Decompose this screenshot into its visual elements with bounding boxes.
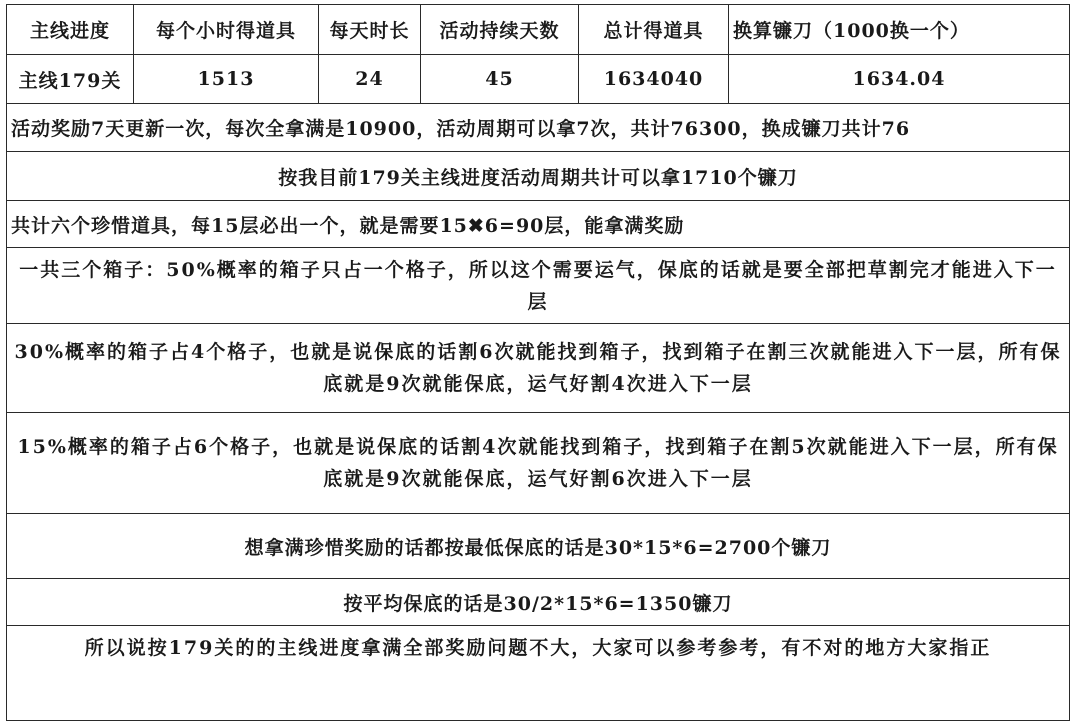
cell-progress: 主线179关 bbox=[7, 55, 134, 104]
note-row: 活动奖励7天更新一次，每次全拿满是10900，活动周期可以拿7次，共计76300… bbox=[7, 104, 1070, 152]
note-row: 一共三个箱子：50%概率的箱子只占一个格子，所以这个需要运气，保底的话就是要全部… bbox=[7, 248, 1070, 324]
header-hours-per-day: 每天时长 bbox=[319, 5, 421, 55]
calculation-table-sheet: 主线进度 每个小时得道具 每天时长 活动持续天数 总计得道具 换算镰刀（1000… bbox=[6, 4, 1069, 721]
header-progress: 主线进度 bbox=[7, 5, 134, 55]
note-average-guarantee: 按平均保底的话是30/2*15*6=1350镰刀 bbox=[7, 579, 1070, 626]
note-row: 按平均保底的话是30/2*15*6=1350镰刀 bbox=[7, 579, 1070, 626]
cell-sickle-conversion: 1634.04 bbox=[729, 55, 1070, 104]
note-weekly-reward: 活动奖励7天更新一次，每次全拿满是10900，活动周期可以拿7次，共计76300… bbox=[7, 104, 1070, 152]
note-min-guarantee: 想拿满珍惜奖励的话都按最低保底的话是30*15*6=2700个镰刀 bbox=[7, 514, 1070, 579]
note-box-50: 一共三个箱子：50%概率的箱子只占一个格子，所以这个需要运气，保底的话就是要全部… bbox=[7, 248, 1070, 324]
data-row: 主线179关 1513 24 45 1634040 1634.04 bbox=[7, 55, 1070, 104]
note-row: 共计六个珍惜道具，每15层必出一个，就是需要15✖6=90层，能拿满奖励 bbox=[7, 201, 1070, 248]
header-total-items: 总计得道具 bbox=[579, 5, 729, 55]
note-row: 30%概率的箱子占4个格子，也就是说保底的话割6次就能找到箱子，找到箱子在割三次… bbox=[7, 324, 1070, 413]
note-row: 15%概率的箱子占6个格子，也就是说保底的话割4次就能找到箱子，找到箱子在割5次… bbox=[7, 413, 1070, 514]
note-box-15: 15%概率的箱子占6个格子，也就是说保底的话割4次就能找到箱子，找到箱子在割5次… bbox=[7, 413, 1070, 514]
note-row: 按我目前179关主线进度活动周期共计可以拿1710个镰刀 bbox=[7, 152, 1070, 201]
header-event-days: 活动持续天数 bbox=[421, 5, 579, 55]
note-box-30: 30%概率的箱子占4个格子，也就是说保底的话割6次就能找到箱子，找到箱子在割三次… bbox=[7, 324, 1070, 413]
note-row: 所以说按179关的的主线进度拿满全部奖励问题不大，大家可以参考参考，有不对的地方… bbox=[7, 626, 1070, 721]
note-rare-items: 共计六个珍惜道具，每15层必出一个，就是需要15✖6=90层，能拿满奖励 bbox=[7, 201, 1070, 248]
note-total-sickles: 按我目前179关主线进度活动周期共计可以拿1710个镰刀 bbox=[7, 152, 1070, 201]
note-row: 想拿满珍惜奖励的话都按最低保底的话是30*15*6=2700个镰刀 bbox=[7, 514, 1070, 579]
cell-total-items: 1634040 bbox=[579, 55, 729, 104]
cell-items-per-hour: 1513 bbox=[134, 55, 319, 104]
cell-event-days: 45 bbox=[421, 55, 579, 104]
note-conclusion: 所以说按179关的的主线进度拿满全部奖励问题不大，大家可以参考参考，有不对的地方… bbox=[7, 626, 1070, 721]
cell-hours-per-day: 24 bbox=[319, 55, 421, 104]
reward-calculation-table: 主线进度 每个小时得道具 每天时长 活动持续天数 总计得道具 换算镰刀（1000… bbox=[6, 4, 1070, 721]
header-row: 主线进度 每个小时得道具 每天时长 活动持续天数 总计得道具 换算镰刀（1000… bbox=[7, 5, 1070, 55]
header-sickle-conversion: 换算镰刀（1000换一个） bbox=[729, 5, 1070, 55]
header-items-per-hour: 每个小时得道具 bbox=[134, 5, 319, 55]
